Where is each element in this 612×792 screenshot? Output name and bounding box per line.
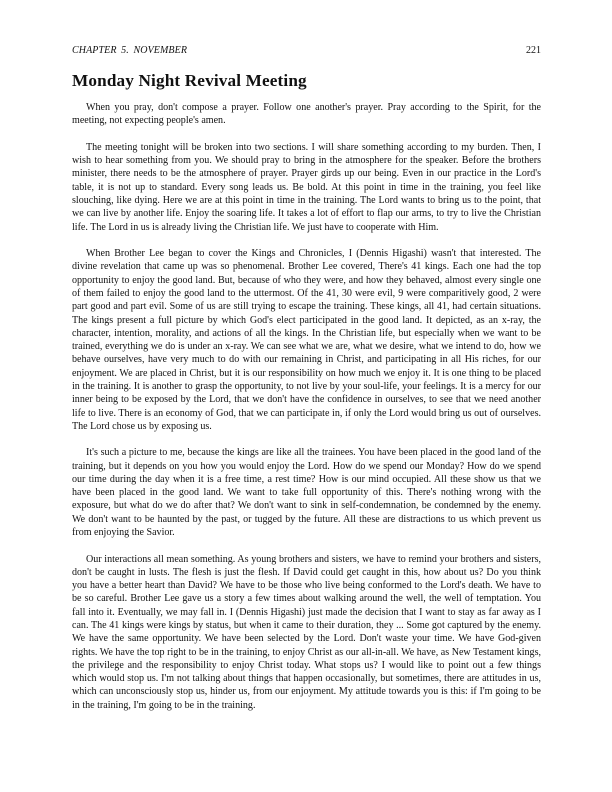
chapter-label: CHAPTER 5. NOVEMBER <box>72 44 187 57</box>
paragraph: Our interactions all mean something. As … <box>72 553 541 712</box>
section-title: Monday Night Revival Meeting <box>72 71 541 91</box>
paragraph: It's such a picture to me, because the k… <box>72 446 541 539</box>
paragraph: The meeting tonight will be broken into … <box>72 141 541 234</box>
document-page: CHAPTER 5. NOVEMBER 221 Monday Night Rev… <box>72 44 541 725</box>
paragraph: When you pray, don't compose a prayer. F… <box>72 101 541 128</box>
running-header: CHAPTER 5. NOVEMBER 221 <box>72 44 541 57</box>
paragraph: When Brother Lee began to cover the King… <box>72 247 541 433</box>
body-text: When you pray, don't compose a prayer. F… <box>72 101 541 712</box>
page-number: 221 <box>526 44 541 57</box>
